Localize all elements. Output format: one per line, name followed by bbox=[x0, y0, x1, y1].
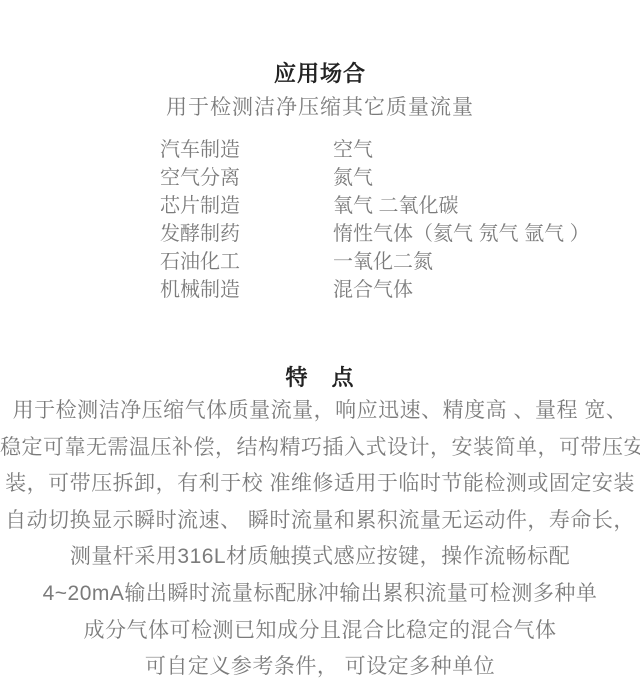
applications-list: 汽车制造 空气 空气分离 氮气 芯片制造 氧气 二氧化碳 发酵制药 惰性气体（氦… bbox=[160, 136, 640, 304]
gas-label: 惰性气体（氦气 氖气 氩气 ） bbox=[333, 220, 640, 248]
product-description-page: 应用场合 用于检测洁净压缩其它质量流量 汽车制造 空气 空气分离 氮气 芯片制造… bbox=[0, 0, 640, 691]
features-line: 自动切换显示瞬时流速、 瞬时流量和累积流量无运动件，寿命长， bbox=[0, 503, 640, 540]
application-row: 空气分离 氮气 bbox=[160, 164, 640, 192]
features-line: 成分气体可检测已知成分且混合比稳定的混合气体 bbox=[0, 613, 640, 650]
applications-title: 应用场合 bbox=[0, 62, 640, 85]
industry-label: 石油化工 bbox=[160, 248, 333, 276]
industry-label: 芯片制造 bbox=[160, 192, 333, 220]
features-line: 稳定可靠无需温压补偿，结构精巧插入式设计，安装简单，可带压安 bbox=[0, 430, 640, 467]
features-line: 测量杆采用316L材质触摸式感应按键，操作流畅标配 bbox=[0, 539, 640, 576]
gas-label: 氮气 bbox=[333, 164, 640, 192]
features-line: 用于检测洁净压缩气体质量流量，响应迅速、精度高 、量程 宽、 bbox=[0, 393, 640, 430]
application-row: 汽车制造 空气 bbox=[160, 136, 640, 164]
application-row: 芯片制造 氧气 二氧化碳 bbox=[160, 192, 640, 220]
features-section: 特 点 用于检测洁净压缩气体质量流量，响应迅速、精度高 、量程 宽、 稳定可靠无… bbox=[0, 366, 640, 686]
industry-label: 发酵制药 bbox=[160, 220, 333, 248]
industry-label: 汽车制造 bbox=[160, 136, 333, 164]
gas-label: 一氧化二氮 bbox=[333, 248, 640, 276]
application-row: 石油化工 一氧化二氮 bbox=[160, 248, 640, 276]
applications-subtitle: 用于检测洁净压缩其它质量流量 bbox=[0, 95, 640, 121]
gas-label: 空气 bbox=[333, 136, 640, 164]
applications-section: 应用场合 用于检测洁净压缩其它质量流量 汽车制造 空气 空气分离 氮气 芯片制造… bbox=[0, 0, 640, 304]
features-title: 特 点 bbox=[0, 366, 640, 390]
features-paragraph: 用于检测洁净压缩气体质量流量，响应迅速、精度高 、量程 宽、 稳定可靠无需温压补… bbox=[0, 393, 640, 686]
industry-label: 机械制造 bbox=[160, 276, 333, 304]
gas-label: 氧气 二氧化碳 bbox=[333, 192, 640, 220]
application-row: 发酵制药 惰性气体（氦气 氖气 氩气 ） bbox=[160, 220, 640, 248]
features-line: 可自定义参考条件， 可设定多种单位 bbox=[0, 649, 640, 686]
features-line: 4~20mA输出瞬时流量标配脉冲输出累积流量可检测多种单 bbox=[0, 576, 640, 613]
application-row: 机械制造 混合气体 bbox=[160, 276, 640, 304]
gas-label: 混合气体 bbox=[333, 276, 640, 304]
features-line: 装，可带压拆卸，有利于校 准维修适用于临时节能检测或固定安装 bbox=[0, 466, 640, 503]
industry-label: 空气分离 bbox=[160, 164, 333, 192]
